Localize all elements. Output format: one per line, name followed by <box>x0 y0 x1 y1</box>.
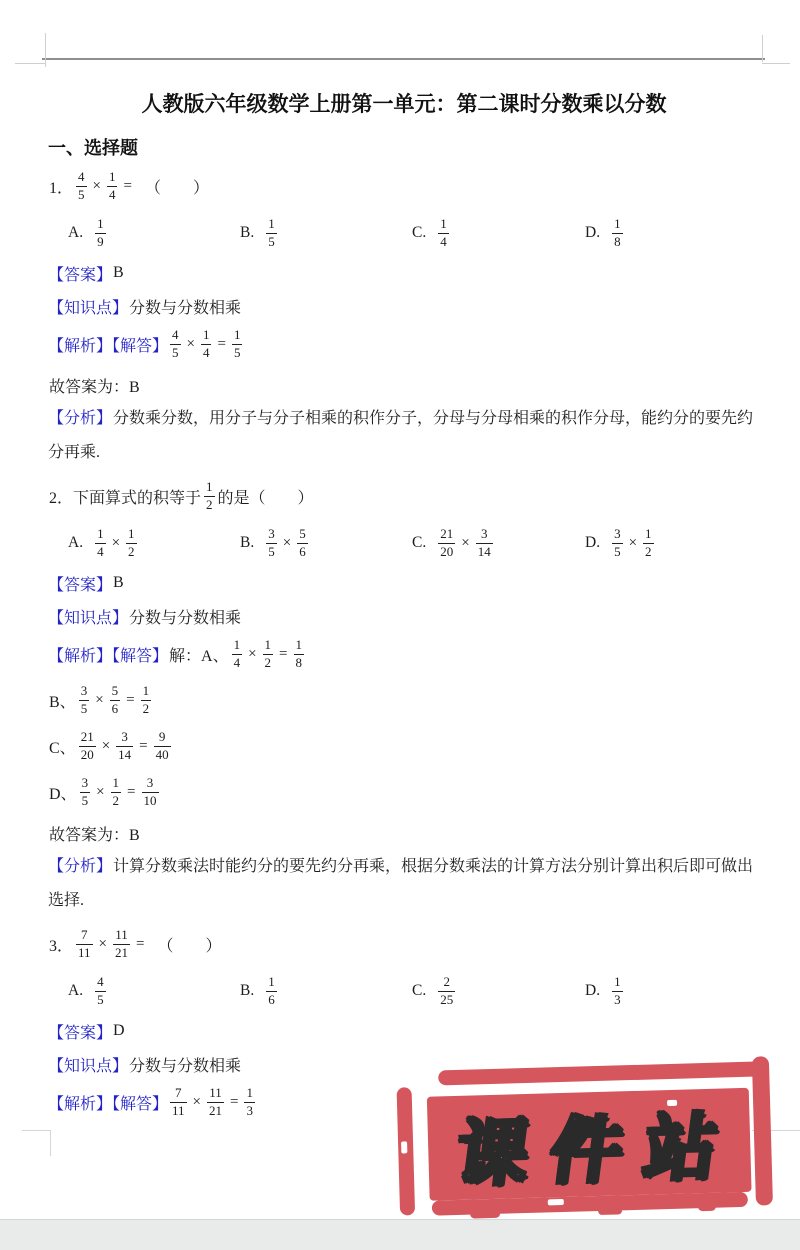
fraction-numerator: 11 <box>207 1086 224 1101</box>
math-operator: = <box>230 1094 238 1111</box>
fraction: 13 <box>244 1086 255 1117</box>
option-a: A.45 <box>68 975 240 1006</box>
fraction: 19 <box>95 217 106 248</box>
text-boundary-top-rule <box>42 58 765 60</box>
text-run: D <box>113 1022 125 1040</box>
option-letter: A. <box>68 224 83 242</box>
fraction: 12 <box>643 527 654 558</box>
fraction-numerator: 21 <box>438 527 455 542</box>
question-2-options: A.14×12B.35×56C.2120×314D.35×12 <box>68 524 760 562</box>
fraction-numerator: 1 <box>438 217 449 232</box>
fraction-numerator: 3 <box>80 776 91 791</box>
fraction-denominator: 9 <box>95 233 106 249</box>
fraction-denominator: 5 <box>80 792 91 808</box>
math-operator: × <box>102 738 110 755</box>
text-run: 2．下面算式的积等于 <box>49 485 201 508</box>
bracket-label: 【答案】 <box>48 262 112 285</box>
option-letter: C. <box>412 982 426 1000</box>
text-run: 分数乘分数，用分子与分子相乘的积作分子，分母与分母相乘的积作分母，能约分的要先约… <box>48 410 753 461</box>
fraction-numerator: 1 <box>141 684 152 699</box>
option-letter: B. <box>240 982 254 1000</box>
fraction-denominator: 4 <box>95 543 106 559</box>
bracket-label: 【知识点】 <box>48 605 128 628</box>
stamp-speckle <box>598 1206 622 1215</box>
fraction-numerator: 5 <box>297 527 308 542</box>
fraction-denominator: 6 <box>110 700 121 716</box>
crop-mark-top-right-vertical <box>762 35 763 62</box>
fraction-numerator: 1 <box>201 328 212 343</box>
fraction-denominator: 4 <box>201 344 212 360</box>
math-operator: × <box>629 535 637 552</box>
question-3-answer: 【答案】D <box>48 1019 760 1043</box>
fraction-denominator: 2 <box>126 543 137 559</box>
fraction: 13 <box>612 975 623 1006</box>
fraction-numerator: 1 <box>107 170 118 185</box>
bracket-label: 【分析】 <box>48 410 112 427</box>
fraction-numerator: 1 <box>204 480 215 495</box>
fraction: 12 <box>263 638 274 669</box>
question-2-solution-a: 【解析】【解答】解：A、14×12=18 <box>48 634 760 674</box>
fraction-denominator: 6 <box>266 991 277 1007</box>
fraction-numerator: 4 <box>95 975 106 990</box>
fraction-denominator: 14 <box>476 543 493 559</box>
fraction: 314 <box>476 527 493 558</box>
fraction-denominator: 5 <box>612 543 623 559</box>
fraction: 1121 <box>113 928 130 959</box>
stamp-border-top <box>438 1061 768 1085</box>
math-operator: = <box>126 692 134 709</box>
fraction-numerator: 1 <box>266 217 277 232</box>
fraction-numerator: 3 <box>79 684 90 699</box>
fraction-numerator: 1 <box>95 527 106 542</box>
fraction-denominator: 11 <box>76 944 93 960</box>
option-b: B.15 <box>240 217 412 248</box>
fraction-denominator: 5 <box>232 344 243 360</box>
fraction: 12 <box>126 527 137 558</box>
fraction-numerator: 1 <box>232 638 243 653</box>
fraction: 35 <box>80 776 91 807</box>
bracket-label: 【解析】【解答】 <box>48 1091 168 1114</box>
math-operator: × <box>112 535 120 552</box>
stamp-speckle <box>698 1202 716 1211</box>
fraction-numerator: 1 <box>263 638 274 653</box>
fraction: 12 <box>141 684 152 715</box>
question-1-knowledge: 【知识点】分数与分数相乘 <box>48 294 760 318</box>
stamp-crack <box>401 1141 407 1153</box>
option-letter: D. <box>585 224 600 242</box>
bracket-label: 【知识点】 <box>48 295 128 318</box>
crop-mark-top-left-horizontal <box>15 63 45 64</box>
fraction-denominator: 5 <box>79 700 90 716</box>
bracket-label: 【解析】【解答】 <box>48 643 168 666</box>
fraction: 16 <box>266 975 277 1006</box>
option-letter: A. <box>68 982 83 1000</box>
math-operator: × <box>283 535 291 552</box>
question-2-stem: 2．下面算式的积等于12的是（ ） <box>48 476 760 516</box>
fraction-denominator: 8 <box>294 654 305 670</box>
math-operator: × <box>248 646 256 663</box>
math-operator: × <box>461 535 469 552</box>
math-operator: = <box>279 646 287 663</box>
fraction: 711 <box>76 928 93 959</box>
text-run: 分数与分数相乘 <box>129 605 241 628</box>
question-1-explanation: 【解析】【解答】45×14=15 <box>48 324 760 364</box>
text-run: D、 <box>49 781 77 804</box>
math-operator: = <box>123 178 131 195</box>
math-operator: × <box>187 336 195 353</box>
fraction-numerator: 11 <box>113 928 130 943</box>
fraction: 14 <box>201 328 212 359</box>
question-2-analysis: 【分析】计算分数乘法时能约分的要先约分再乘，根据分数乘法的计算方法分别计算出积后… <box>48 850 760 918</box>
text-run: B <box>113 264 124 282</box>
fraction-denominator: 4 <box>232 654 243 670</box>
fraction-denominator: 3 <box>612 991 623 1007</box>
option-a: A.19 <box>68 217 240 248</box>
fraction: 14 <box>232 638 243 669</box>
crop-mark-top-right-horizontal <box>762 63 790 64</box>
page-content: 人教版六年级数学上册第一单元：第二课时分数乘以分数 一、选择题 1．45×14=… <box>48 92 760 1122</box>
fraction-numerator: 1 <box>95 217 106 232</box>
option-d: D.18 <box>585 217 760 248</box>
fraction: 310 <box>142 776 159 807</box>
fraction-numerator: 9 <box>157 730 168 745</box>
fraction: 45 <box>170 328 181 359</box>
fraction-numerator: 1 <box>111 776 122 791</box>
bracket-label: 【答案】 <box>48 572 112 595</box>
fraction-denominator: 3 <box>244 1102 255 1118</box>
question-1-options: A.19B.15C.14D.18 <box>68 214 760 252</box>
fraction: 56 <box>110 684 121 715</box>
fraction-numerator: 21 <box>79 730 96 745</box>
option-letter: C. <box>412 534 426 552</box>
fraction: 1121 <box>207 1086 224 1117</box>
fraction-numerator: 4 <box>76 170 87 185</box>
crop-mark-top-left-vertical <box>45 33 46 67</box>
option-letter: B. <box>240 534 254 552</box>
option-letter: D. <box>585 534 600 552</box>
fraction-denominator: 20 <box>438 543 455 559</box>
fraction-denominator: 21 <box>207 1102 224 1118</box>
question-1-stem: 1．45×14= （ ） <box>48 166 760 206</box>
fraction-denominator: 2 <box>643 543 654 559</box>
fraction-denominator: 5 <box>95 991 106 1007</box>
fraction: 314 <box>116 730 133 761</box>
fraction: 2120 <box>438 527 455 558</box>
text-run: 计算分数乘法时能约分的要先约分再乘，根据分数乘法的计算方法分别计算出积后即可做出… <box>48 858 753 909</box>
math-operator: × <box>95 692 103 709</box>
text-run: B、 <box>49 689 76 712</box>
kejianzhan-stamp-watermark: 课件站 <box>394 1050 800 1223</box>
option-letter: A. <box>68 534 83 552</box>
fraction-denominator: 2 <box>204 496 215 512</box>
fraction-numerator: 1 <box>612 217 623 232</box>
question-2-answer: 【答案】B <box>48 571 760 595</box>
math-operator: = <box>136 936 144 953</box>
math-operator: = <box>127 784 135 801</box>
fraction: 2120 <box>79 730 96 761</box>
fraction-denominator: 5 <box>266 233 277 249</box>
fraction-denominator: 4 <box>438 233 449 249</box>
fraction-denominator: 5 <box>170 344 181 360</box>
fraction-numerator: 7 <box>79 928 90 943</box>
fraction-denominator: 4 <box>107 186 118 202</box>
fraction-numerator: 3 <box>145 776 156 791</box>
option-d: D.13 <box>585 975 760 1006</box>
text-run: 故答案为：B <box>49 822 140 845</box>
fraction-denominator: 21 <box>113 944 130 960</box>
fraction: 711 <box>170 1086 187 1117</box>
fraction: 15 <box>266 217 277 248</box>
question-2-solution-b: B、35×56=12 <box>48 680 760 720</box>
fraction: 18 <box>612 217 623 248</box>
text-run: （ ） <box>137 175 209 198</box>
question-1-analysis: 【分析】分数乘分数，用分子与分子相乘的积作分子，分母与分母相乘的积作分母，能约分… <box>48 402 760 470</box>
text-run: 1． <box>49 175 73 198</box>
question-1-answer: 【答案】B <box>48 261 760 285</box>
fraction-numerator: 1 <box>294 638 305 653</box>
option-b: B.16 <box>240 975 412 1006</box>
math-operator: = <box>217 336 225 353</box>
fraction-numerator: 1 <box>643 527 654 542</box>
page-bottom-margin-area <box>0 1219 800 1250</box>
question-3-stem: 3．711×1121= （ ） <box>48 924 760 964</box>
fraction-numerator: 3 <box>479 527 490 542</box>
option-letter: D. <box>585 982 600 1000</box>
option-c: C.225 <box>412 975 585 1006</box>
text-run: B <box>113 574 124 592</box>
text-run: 解：A、 <box>169 643 229 666</box>
bracket-label: 【解析】【解答】 <box>48 333 168 356</box>
text-run: 分数与分数相乘 <box>129 295 241 318</box>
fraction: 14 <box>107 170 118 201</box>
math-operator: × <box>96 784 104 801</box>
text-run: 3． <box>49 933 73 956</box>
fraction: 940 <box>154 730 171 761</box>
fraction-denominator: 8 <box>612 233 623 249</box>
fraction-numerator: 2 <box>441 975 452 990</box>
document-blocks: 1．45×14= （ ）A.19B.15C.14D.18【答案】B【知识点】分数… <box>48 166 760 1122</box>
fraction-denominator: 20 <box>79 746 96 762</box>
fraction: 56 <box>297 527 308 558</box>
stamp-crack <box>667 1100 677 1106</box>
fraction-denominator: 10 <box>142 792 159 808</box>
stamp-crack <box>548 1199 564 1205</box>
fraction: 225 <box>438 975 455 1006</box>
option-a: A.14×12 <box>68 527 240 558</box>
fraction: 12 <box>204 480 215 511</box>
crop-mark-bottom-left-vertical <box>50 1130 51 1156</box>
fraction-denominator: 40 <box>154 746 171 762</box>
math-operator: × <box>93 178 101 195</box>
fraction-denominator: 5 <box>266 543 277 559</box>
text-run: 故答案为：B <box>49 374 140 397</box>
option-letter: C. <box>412 224 426 242</box>
fraction-numerator: 3 <box>612 527 623 542</box>
option-c: C.2120×314 <box>412 527 585 558</box>
fraction-numerator: 1 <box>232 328 243 343</box>
stamp-border-right <box>752 1056 773 1205</box>
fraction-denominator: 2 <box>111 792 122 808</box>
fraction-denominator: 2 <box>141 700 152 716</box>
fraction: 14 <box>438 217 449 248</box>
fraction: 15 <box>232 328 243 359</box>
section-heading: 一、选择题 <box>48 136 760 160</box>
fraction-denominator: 14 <box>116 746 133 762</box>
fraction: 14 <box>95 527 106 558</box>
question-2-knowledge: 【知识点】分数与分数相乘 <box>48 604 760 628</box>
fraction: 45 <box>76 170 87 201</box>
option-d: D.35×12 <box>585 527 760 558</box>
question-2-conclusion: 故答案为：B <box>48 821 760 845</box>
crop-mark-bottom-left-horizontal <box>22 1130 51 1131</box>
question-2-solution-c: C、2120×314=940 <box>48 726 760 766</box>
stamp-text: 课件站 <box>432 1088 745 1201</box>
bracket-label: 【分析】 <box>48 858 112 875</box>
math-operator: = <box>139 738 147 755</box>
fraction: 35 <box>266 527 277 558</box>
fraction-numerator: 3 <box>266 527 277 542</box>
text-run: （ ） <box>149 933 221 956</box>
bracket-label: 【知识点】 <box>48 1053 128 1076</box>
page-title: 人教版六年级数学上册第一单元：第二课时分数乘以分数 <box>48 92 760 118</box>
question-2-solution-d: D、35×12=310 <box>48 772 760 812</box>
question-1-conclusion: 故答案为：B <box>48 373 760 397</box>
bracket-label: 【答案】 <box>48 1020 112 1043</box>
fraction-denominator: 2 <box>263 654 274 670</box>
fraction-numerator: 1 <box>612 975 623 990</box>
fraction: 35 <box>79 684 90 715</box>
fraction: 45 <box>95 975 106 1006</box>
fraction-numerator: 3 <box>119 730 130 745</box>
fraction-denominator: 11 <box>170 1102 187 1118</box>
fraction-denominator: 25 <box>438 991 455 1007</box>
fraction-numerator: 1 <box>126 527 137 542</box>
text-run: 分数与分数相乘 <box>129 1053 241 1076</box>
fraction: 12 <box>111 776 122 807</box>
text-run: C、 <box>49 735 76 758</box>
math-operator: × <box>99 936 107 953</box>
fraction: 35 <box>612 527 623 558</box>
fraction-denominator: 6 <box>297 543 308 559</box>
fraction-numerator: 7 <box>173 1086 184 1101</box>
option-b: B.35×56 <box>240 527 412 558</box>
stamp-inner-plate: 课件站 <box>427 1088 752 1201</box>
math-operator: × <box>193 1094 201 1111</box>
text-run: 的是（ ） <box>218 485 314 508</box>
fraction-numerator: 4 <box>170 328 181 343</box>
question-3-options: A.45B.16C.225D.13 <box>68 972 760 1010</box>
fraction-numerator: 1 <box>244 1086 255 1101</box>
fraction-numerator: 1 <box>266 975 277 990</box>
fraction: 18 <box>294 638 305 669</box>
stamp-speckle <box>470 1209 500 1219</box>
fraction-numerator: 5 <box>110 684 121 699</box>
option-c: C.14 <box>412 217 585 248</box>
fraction-denominator: 5 <box>76 186 87 202</box>
option-letter: B. <box>240 224 254 242</box>
